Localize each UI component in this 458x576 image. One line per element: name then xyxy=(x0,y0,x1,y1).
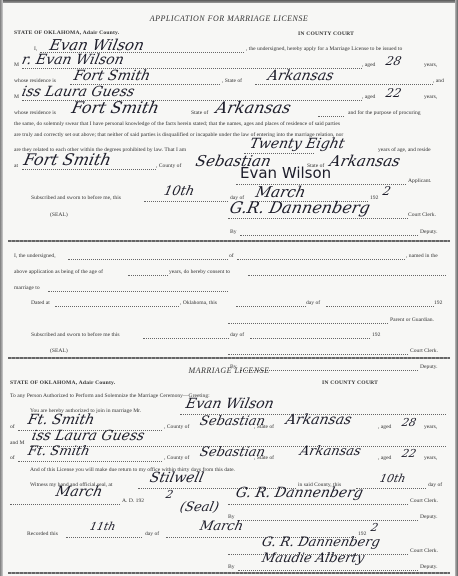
app-line-1-suffix: , the undersigned, hereby apply for a Ma… xyxy=(246,46,402,52)
consent-sub-month-field xyxy=(250,331,370,341)
license-rec-clerk-label: Court Clerk. xyxy=(410,548,438,554)
license-recorded-prefix: Recorded this xyxy=(27,531,58,537)
app-line-2-prefix: M xyxy=(14,62,19,68)
groom-age-hand: 28 xyxy=(385,54,403,68)
license-recorded-day-hand: 11th xyxy=(89,520,117,533)
consent-guardian-label: Parent or Guardian. xyxy=(390,317,434,323)
license-recorded-dayof: day of xyxy=(145,531,159,537)
app-seal-label: (SEAL) xyxy=(50,212,68,218)
app-deputy-field xyxy=(240,228,418,238)
app-line-3-state: , State of xyxy=(222,78,242,84)
license-bride-state: , State of xyxy=(254,455,274,461)
license-deputy-label: Deputy. xyxy=(420,514,438,520)
license-bride-hand: iss Laura Guess xyxy=(30,428,146,444)
license-clerk-signature: G. R. Dannenberg xyxy=(234,485,364,501)
app-subscribed-year-hand: 2 xyxy=(382,184,393,198)
consent-dated-dayof: day of xyxy=(306,300,320,306)
license-court: IN COUNTY COURT xyxy=(322,380,378,386)
app-line-5-field xyxy=(318,109,344,119)
license-witness-ad: A. D. 192 xyxy=(122,498,144,504)
consent-age-field xyxy=(128,268,168,278)
consent-dated-prefix: Dated at xyxy=(31,300,50,306)
section-divider-2 xyxy=(8,357,450,359)
consent-to-field xyxy=(248,268,446,278)
applicant-state-hand: Arkansas xyxy=(328,152,402,170)
applicant-age-words-hand: Twenty Eight xyxy=(248,136,346,152)
license-groom-years: years, xyxy=(424,424,437,430)
license-recorded-month-hand: March xyxy=(198,519,244,534)
bride-state-hand: Arkansas xyxy=(214,98,293,117)
consent-line-3-prefix: marriage to xyxy=(14,285,40,291)
marriage-license-document: APPLICATION FOR MARRIAGE LICENSE STATE O… xyxy=(0,0,458,576)
license-seal-hand: (Seal) xyxy=(178,500,220,515)
consent-of-field xyxy=(237,252,405,262)
license-rec-deputy-signature: Maudie Alberty xyxy=(260,551,365,566)
license-witness-place-hand: Stilwell xyxy=(148,470,205,486)
groom-residence-hand: Fort Smith xyxy=(72,68,152,84)
license-groom-county: , County of xyxy=(164,424,189,430)
consent-guardian-field xyxy=(228,316,388,326)
consent-seal-label: (SEAL) xyxy=(50,348,68,354)
app-line-4-aged: , aged xyxy=(362,94,375,100)
consent-clerk-field xyxy=(228,347,408,357)
license-bride-age-hand: 22 xyxy=(401,447,418,460)
app-line-3-and: , and xyxy=(433,78,444,84)
license-groom-state: , State of xyxy=(254,424,274,430)
app-subscribed-day-hand: 10th xyxy=(162,184,195,199)
consent-line-1-suffix: , named in the xyxy=(406,253,438,259)
license-rec-deputy-label: Deputy. xyxy=(420,564,438,570)
app-subscribed-prefix: Subscribed and sworn to before me, this xyxy=(31,195,121,201)
bride-residence-hand: Fort Smith xyxy=(70,98,161,117)
license-recorded-year-hand: 2 xyxy=(370,521,380,534)
consent-marriage-to-field xyxy=(48,284,228,294)
app-deputy-label: Deputy. xyxy=(420,229,438,235)
app-oath-line-6: the same, do solemnly swear that I have … xyxy=(14,121,340,127)
license-groom-city-hand: Ft. Smith xyxy=(26,412,96,428)
consent-sub-prefix: Subscribed and sworn to before me this xyxy=(31,332,120,338)
license-bride-state-hand: Arkansas xyxy=(298,444,362,459)
consent-sub-year: 192 xyxy=(372,332,380,338)
license-witness-dayof: day of xyxy=(428,482,442,488)
app-line-5-state: State of xyxy=(191,110,208,116)
applicant-city-hand: Fort Smith xyxy=(22,150,113,169)
consent-dated-place-field xyxy=(55,299,179,309)
app-line-5-suffix: and for the purpose of procuring xyxy=(348,110,421,116)
license-bride-county: , County of xyxy=(164,455,189,461)
license-clerk-label: Court Clerk. xyxy=(410,498,438,504)
license-rec-clerk-signature: G. R. Dannenberg xyxy=(260,535,381,550)
consent-sub-day-field xyxy=(143,331,229,341)
license-witness-day-hand: 10th xyxy=(379,472,407,485)
section-divider-bottom xyxy=(8,572,450,574)
application-title: APPLICATION FOR MARRIAGE LICENSE xyxy=(0,14,458,23)
bride-age-hand: 22 xyxy=(385,86,403,100)
consent-line-2-prefix: above application as being of the age of xyxy=(14,269,103,275)
license-bride-aged: , aged xyxy=(378,455,391,461)
consent-line-1-prefix: I, the undersigned, xyxy=(14,253,56,259)
app-line-9-prefix: at xyxy=(14,163,18,169)
consent-dated-mid: , Oklahoma, this xyxy=(180,300,217,306)
license-state-line: STATE OF OKLAHOMA, Adair County. xyxy=(10,380,115,386)
license-groom-of: of xyxy=(10,424,15,430)
app-clerk-signature: G.R. Dannenberg xyxy=(228,198,372,217)
license-bride-city-hand: Ft. Smith xyxy=(26,444,91,459)
license-bride-of: of xyxy=(10,455,15,461)
app-line-3-state-field xyxy=(255,77,433,87)
consent-line-2-mid: years, do hereby consent to xyxy=(169,269,230,275)
app-line-4-prefix: M xyxy=(14,94,19,100)
consent-sub-dayof: day of xyxy=(230,332,244,338)
license-groom-aged: , aged xyxy=(378,424,391,430)
consent-dated-day-field xyxy=(236,299,306,309)
app-line-5-prefix: whose residence is xyxy=(14,110,56,116)
license-groom-age-hand: 28 xyxy=(401,416,418,429)
license-rec-by-label: By xyxy=(228,564,235,570)
license-greeting: To any Person Authorized to Perform and … xyxy=(10,393,210,399)
consent-line-1-of: of xyxy=(229,253,234,259)
consent-dated-year: 192 xyxy=(434,300,442,306)
applicant-label: Applicant. xyxy=(408,178,431,184)
scan-edge-top xyxy=(0,0,458,3)
app-line-2-years: years, xyxy=(424,62,437,68)
app-line-2-aged: , aged xyxy=(362,62,375,68)
groom-name-hand: r. Evan Wilson xyxy=(20,52,125,68)
scan-edge-left xyxy=(0,0,3,576)
license-groom-state-hand: Arkansas xyxy=(284,412,353,428)
consent-clerk-label: Court Clerk. xyxy=(410,348,438,354)
app-line-9-county: , County of xyxy=(156,163,181,169)
license-groom-hand: Evan Wilson xyxy=(184,396,275,412)
app-by-label: By xyxy=(230,229,237,235)
license-and-m: and M xyxy=(10,440,24,446)
app-clerk-label: Court Clerk. xyxy=(408,212,436,218)
license-deputy-field xyxy=(238,513,418,523)
consent-dated-month-field xyxy=(326,299,434,309)
applicant-signature: Evan Wilson xyxy=(240,164,331,182)
application-court: IN COUNTY COURT xyxy=(298,31,354,37)
license-witness-year-hand: 2 xyxy=(165,488,175,501)
license-bride-years: years, xyxy=(424,455,437,461)
app-line-4-years: years, xyxy=(424,94,437,100)
section-divider-1 xyxy=(8,240,450,242)
license-title: MARRIAGE LICENSE xyxy=(0,366,458,375)
license-witness-month-hand: March xyxy=(54,484,104,500)
consent-undersigned-field xyxy=(68,252,228,262)
